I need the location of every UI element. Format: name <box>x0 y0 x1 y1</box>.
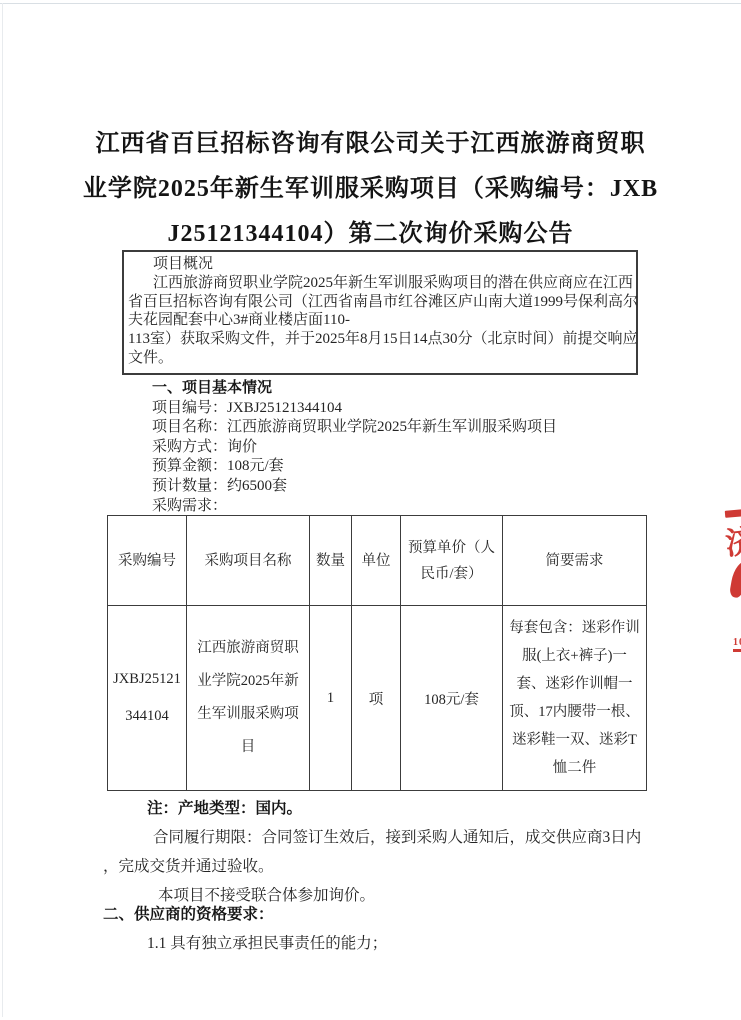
title-line-1: 江西省百巨招标咨询有限公司关于江西旅游商贸职 <box>0 122 741 167</box>
field-label: 采购方式： <box>152 439 227 455</box>
cell-unit: 项 <box>352 606 401 791</box>
field-procurement-demand: 采购需求： <box>152 497 652 517</box>
field-value: 询价 <box>227 439 257 455</box>
scan-edge-top <box>0 3 741 4</box>
header-qty: 数量 <box>310 516 352 606</box>
header-unit: 单位 <box>352 516 401 606</box>
note-origin-type: 注：产地类型：国内。 <box>103 800 663 818</box>
header-code: 采购编号 <box>108 516 187 606</box>
section2-heading: 二、供应商的资格要求： <box>103 906 663 924</box>
table-header-row: 采购编号 采购项目名称 数量 单位 预算单价（人民币/套） 简要需求 <box>108 516 647 606</box>
field-label: 预算金额： <box>152 458 227 474</box>
section1-heading: 一、项目基本情况 <box>152 379 652 399</box>
document-page: 江西省百巨招标咨询有限公司关于江西旅游商贸职 业学院2025年新生军训服采购项目… <box>0 0 741 1020</box>
table-row: JXBJ25121344104 江西旅游商贸职业学院2025年新生军训服采购项目… <box>108 606 647 791</box>
seal-small-mark: 10 <box>733 637 741 652</box>
cell-brief: 每套包含：迷彩作训服(上衣+裤子)一套、迷彩作训帽一顶、17内腰带一根、迷彩鞋一… <box>503 606 647 791</box>
red-seal-fragment: 济 10 <box>717 505 741 665</box>
cell-code: JXBJ25121344104 <box>108 606 187 791</box>
note-no-consortium: 本项目不接受联合体参加询价。 <box>103 887 663 905</box>
field-value: 江西旅游商贸职业学院2025年新生军训服采购项目 <box>227 419 557 435</box>
overview-line: 江西旅游商贸职业学院2025年新生军训服采购项目的潜在供应商应在江西 <box>128 274 628 293</box>
project-overview-box: 项目概况 江西旅游商贸职业学院2025年新生军训服采购项目的潜在供应商应在江西 … <box>122 250 638 375</box>
title-line-2: 业学院2025年新生军训服采购项目（采购编号：JXB <box>0 167 741 212</box>
field-value: 108元/套 <box>227 458 284 474</box>
cell-price: 108元/套 <box>401 606 503 791</box>
field-procurement-method: 采购方式：询价 <box>152 438 652 458</box>
section-basic-info: 一、项目基本情况 项目编号：JXBJ25121344104 项目名称：江西旅游商… <box>152 379 652 516</box>
note-contract-term-line1: 合同履行期限：合同签订生效后，接到采购人通知后，成交供应商3日内 <box>103 829 663 847</box>
overview-line: 夫花园配套中心3#商业楼店面110- <box>128 311 628 330</box>
field-project-name: 项目名称：江西旅游商贸职业学院2025年新生军训服采购项目 <box>152 418 652 438</box>
overview-heading: 项目概况 <box>128 255 628 274</box>
field-label: 采购需求： <box>152 498 227 514</box>
field-estimated-quantity: 预计数量：约6500套 <box>152 477 652 497</box>
notes-section: 注：产地类型：国内。 合同履行期限：合同签订生效后，接到采购人通知后，成交供应商… <box>103 800 663 964</box>
cell-name: 江西旅游商贸职业学院2025年新生军训服采购项目 <box>187 606 310 791</box>
document-title: 江西省百巨招标咨询有限公司关于江西旅游商贸职 业学院2025年新生军训服采购项目… <box>0 122 741 257</box>
field-label: 项目编号： <box>152 400 227 416</box>
header-brief: 简要需求 <box>503 516 647 606</box>
field-label: 预计数量： <box>152 478 227 494</box>
requirements-table: 采购编号 采购项目名称 数量 单位 预算单价（人民币/套） 简要需求 JXBJ2… <box>107 515 647 791</box>
cell-qty: 1 <box>310 606 352 791</box>
field-budget-amount: 预算金额：108元/套 <box>152 457 652 477</box>
seal-partial-character: 济 <box>723 516 741 564</box>
overview-line: 省百巨招标咨询有限公司（江西省南昌市红谷滩区庐山南大道1999号保利高尔 <box>128 293 628 312</box>
field-project-code: 项目编号：JXBJ25121344104 <box>152 399 652 419</box>
note-contract-term-line2: ，完成交货并通过验收。 <box>103 858 663 876</box>
field-label: 项目名称： <box>152 419 227 435</box>
overview-line: 文件。 <box>128 349 628 368</box>
header-price: 预算单价（人民币/套） <box>401 516 503 606</box>
overview-line: 113室）获取采购文件，并于2025年8月15日14点30分（北京时间）前提交响… <box>128 330 628 349</box>
qualification-item-1-1: 1.1 具有独立承担民事责任的能力； <box>103 935 663 953</box>
header-name: 采购项目名称 <box>187 516 310 606</box>
field-value: 约6500套 <box>227 478 287 494</box>
seal-stroke-blob <box>729 559 741 599</box>
field-value: JXBJ25121344104 <box>227 400 342 416</box>
